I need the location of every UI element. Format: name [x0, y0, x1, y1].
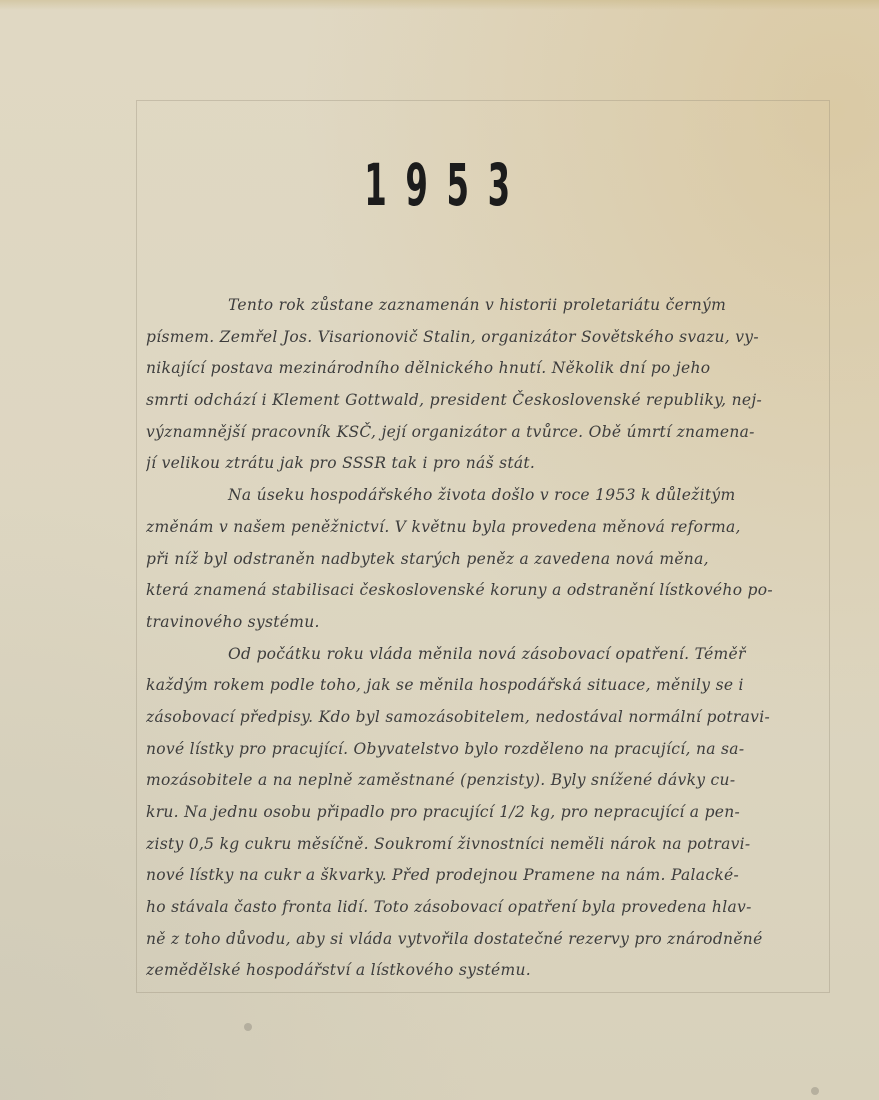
text-line: každým rokem podle toho, jak se měnila h… — [146, 670, 826, 702]
text-line: zemědělské hospodářství a lístkového sys… — [146, 955, 826, 987]
text-line: zásobovací předpisy. Kdo byl samozásobit… — [146, 702, 826, 734]
text-line: nové lístky pro pracující. Obyvatelstvo … — [146, 734, 826, 766]
text-line: písmem. Zemřel Jos. Visarionovič Stalin,… — [146, 322, 826, 354]
text-line: významnější pracovník KSČ, její organizá… — [146, 417, 826, 449]
text-line: jí velikou ztrátu jak pro SSSR tak i pro… — [146, 448, 826, 480]
text-line: při níž byl odstraněn nadbytek starých p… — [146, 544, 826, 576]
text-line: ně z toho důvodu, aby si vláda vytvořila… — [146, 924, 826, 956]
document-page: 1953 Tento rok zůstane zaznamenán v hist… — [0, 0, 879, 1100]
text-line: nové lístky na cukr a škvarky. Před prod… — [146, 860, 826, 892]
text-line: travinového systému. — [146, 607, 826, 639]
paper-stain — [811, 1087, 819, 1095]
text-line: která znamená stabilisaci československé… — [146, 575, 826, 607]
text-line: změnám v našem peněžnictví. V květnu byl… — [146, 512, 826, 544]
text-line: ho stávala často fronta lidí. Toto zásob… — [146, 892, 826, 924]
page-title: 1953 — [174, 150, 719, 220]
text-line: smrti odchází i Klement Gottwald, presid… — [146, 385, 826, 417]
text-line: nikající postava mezinárodního dělnickéh… — [146, 353, 826, 385]
text-line: Na úseku hospodářského života došlo v ro… — [146, 480, 826, 512]
text-line: kru. Na jednu osobu připadlo pro pracují… — [146, 797, 826, 829]
text-line: Od počátku roku vláda měnila nová zásobo… — [146, 639, 826, 671]
text-line: mozásobitele a na neplně zaměstnané (pen… — [146, 765, 826, 797]
text-line: zisty 0,5 kg cukru měsíčně. Soukromí živ… — [146, 829, 826, 861]
handwritten-text: Tento rok zůstane zaznamenán v historii … — [146, 290, 826, 987]
text-line: Tento rok zůstane zaznamenán v historii … — [146, 290, 826, 322]
paper-stain — [244, 1023, 252, 1031]
page-edge-shadow — [0, 0, 879, 10]
